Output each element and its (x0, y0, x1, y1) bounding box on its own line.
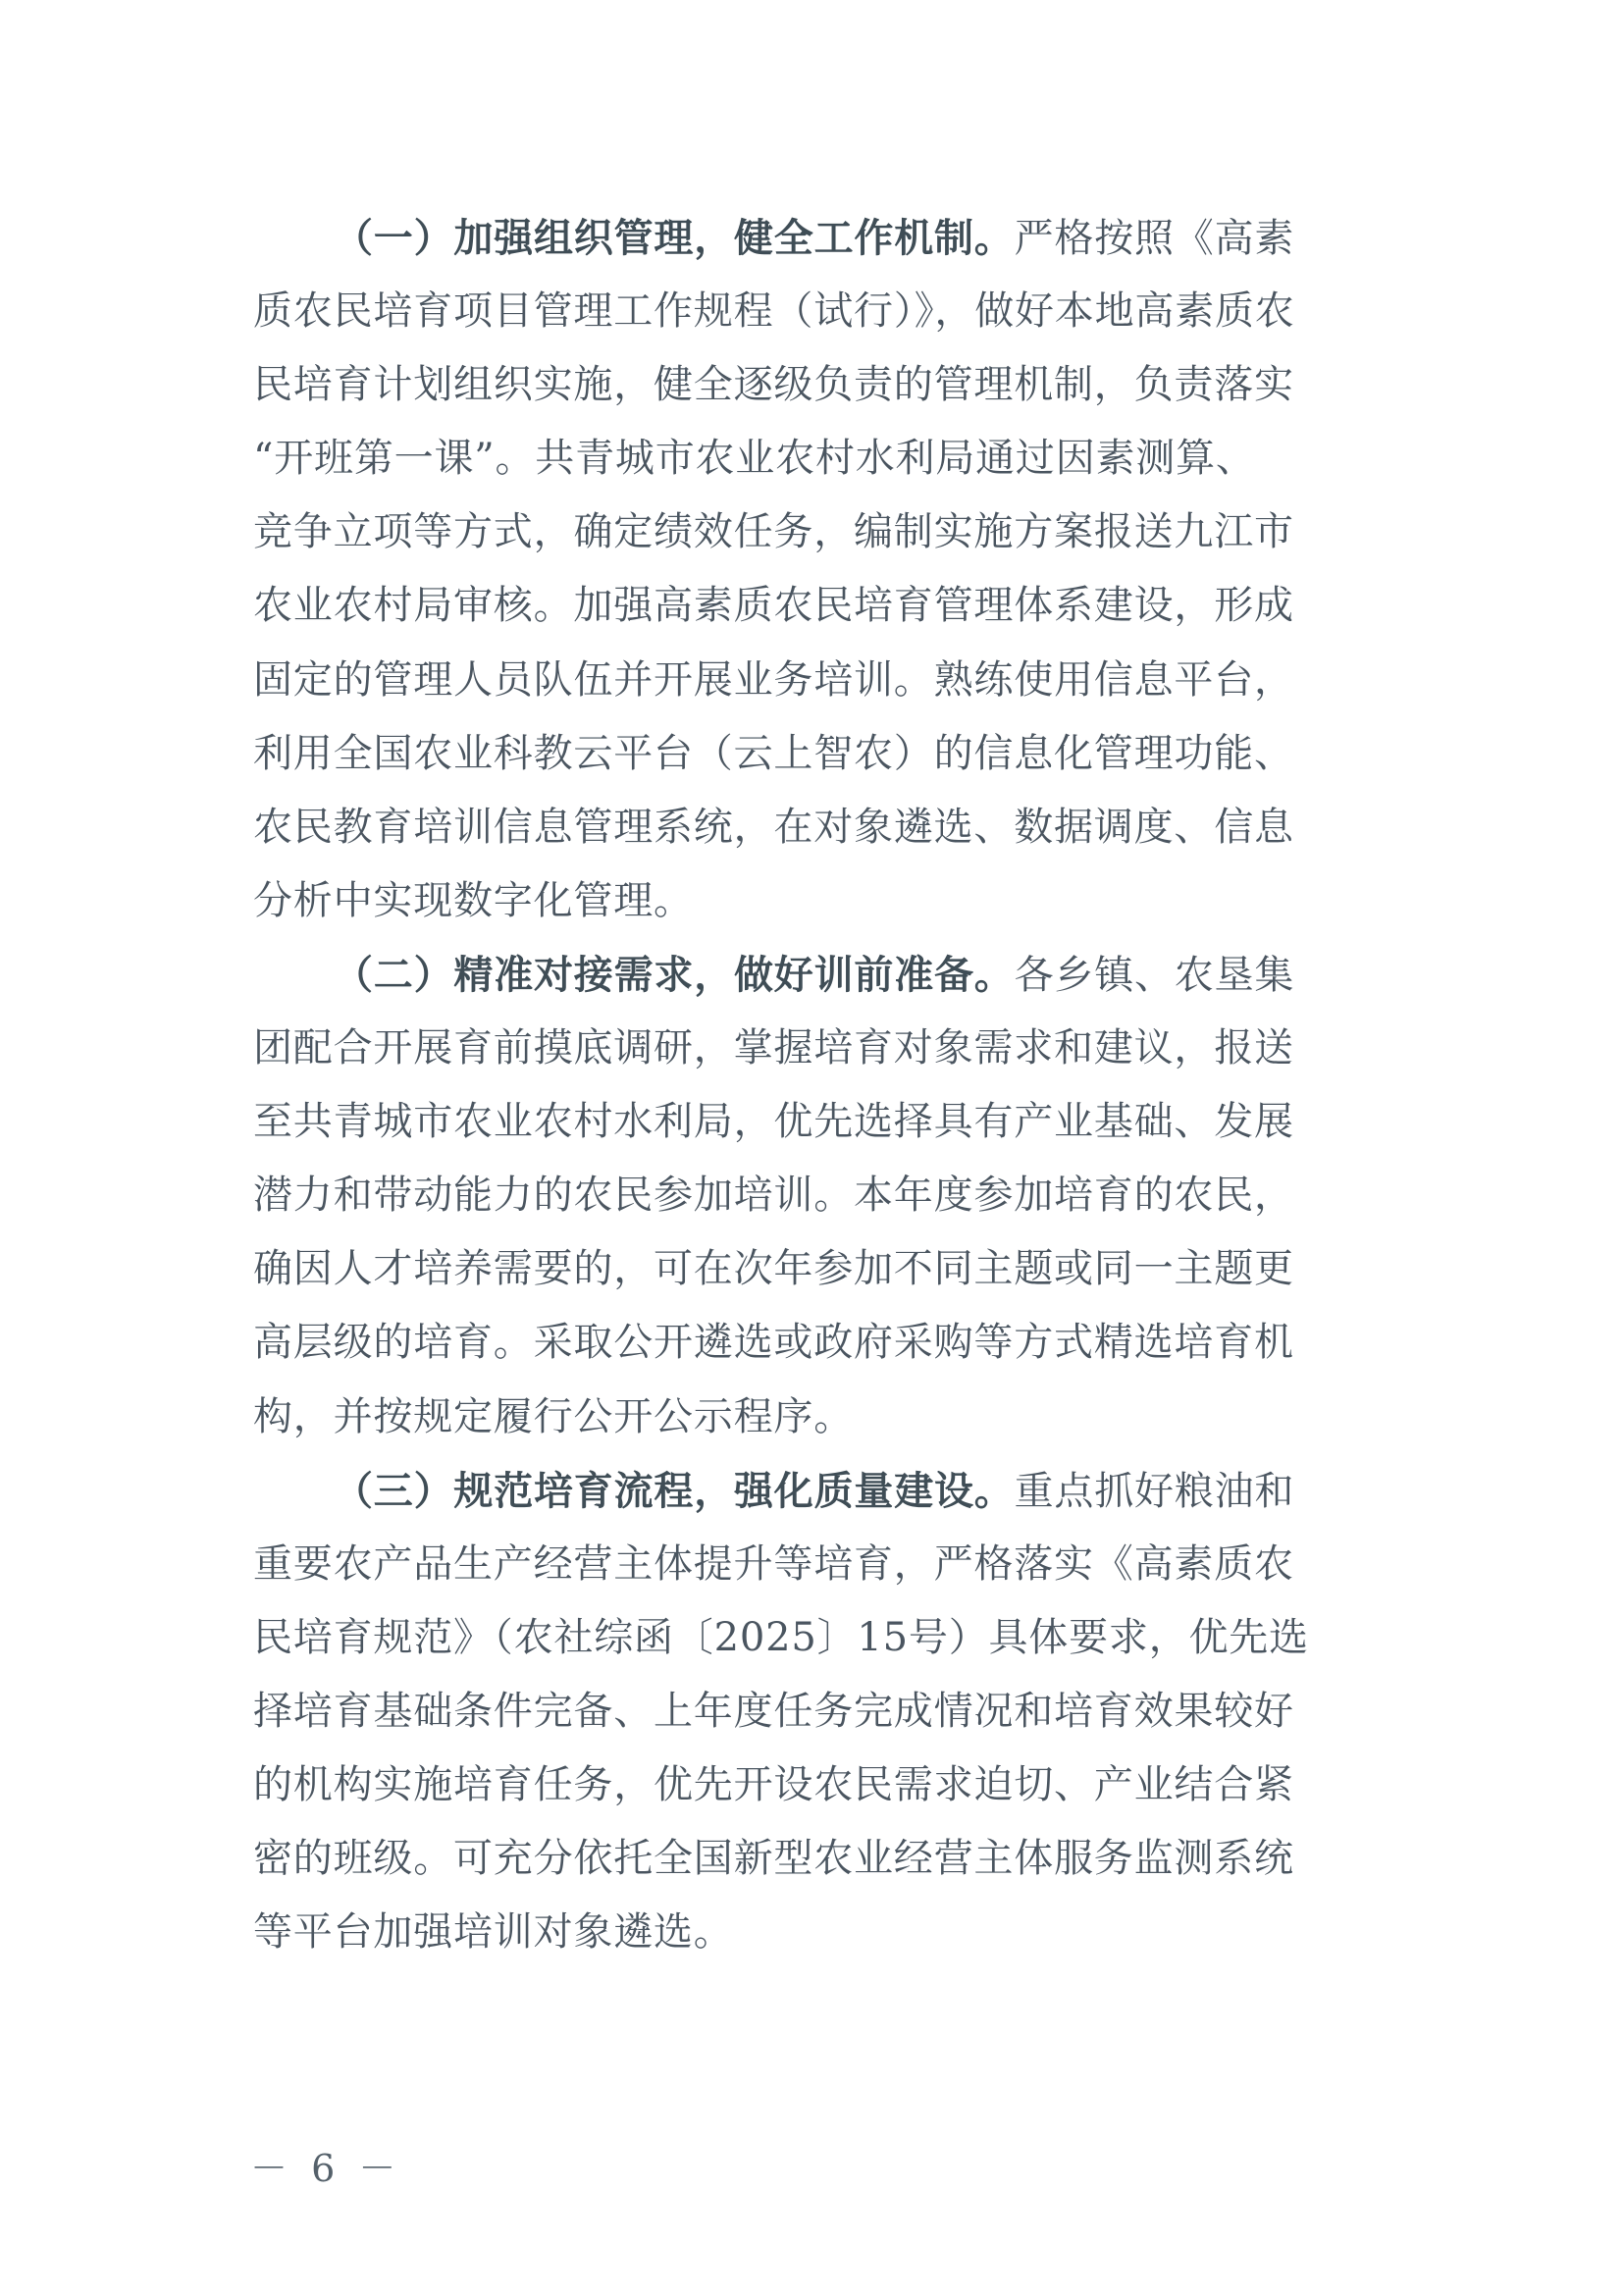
paragraph-line: 竞争立项等方式，确定绩效任务，编制实施方案报送九江市 (253, 496, 1377, 569)
paragraph-line: 质农民培育项目管理工作规程（试行）》，做好本地高素质农 (253, 275, 1377, 348)
paragraph-line: 构，并按规定履行公开公示程序。 (253, 1381, 1377, 1454)
paragraph-line: 团配合开展育前摸底调研，掌握培育对象需求和建议，报送 (253, 1012, 1377, 1085)
section-2-heading: （二）精准对接需求，做好训前准备。 (334, 952, 1015, 998)
paragraph-line: 农业农村局审核。加强高素质农民培育管理体系建设，形成 (253, 569, 1377, 643)
paragraph-line: 农民教育培训信息管理系统，在对象遴选、数据调度、信息 (253, 791, 1377, 864)
section-1-line-text: 严格按照《高素 (1015, 216, 1295, 261)
paragraph-line: 确因人才培养需要的，可在次年参加不同主题或同一主题更 (253, 1232, 1377, 1306)
paragraph-line: 固定的管理人员队伍并开展业务培训。熟练使用信息平台， (253, 644, 1377, 717)
document-page: （一）加强组织管理，健全工作机制。严格按照《高素 质农民培育项目管理工作规程（试… (0, 0, 1623, 2296)
document-body: （一）加强组织管理，健全工作机制。严格按照《高素 质农民培育项目管理工作规程（试… (253, 201, 1377, 1969)
paragraph-line: 潜力和带动能力的农民参加培训。本年度参加培育的农民， (253, 1159, 1377, 1232)
page-number: － 6 － (250, 2144, 401, 2193)
section-1-heading: （一）加强组织管理，健全工作机制。 (334, 215, 1015, 261)
section-3-line-text: 重点抓好粮油和 (1015, 1469, 1295, 1514)
paragraph-line: 分析中实现数字化管理。 (253, 864, 1377, 938)
paragraph-line: 的机构实施培育任务，优先开设农民需求迫切、产业结合紧 (253, 1748, 1377, 1822)
paragraph-line: 高层级的培育。采取公开遴选或政府采购等方式精选培育机 (253, 1306, 1377, 1380)
paragraph-line: 民培育计划组织实施，健全逐级负责的管理机制，负责落实 (253, 348, 1377, 422)
paragraph-line: 择培育基础条件完备、上年度任务完成情况和培育效果较好 (253, 1675, 1377, 1748)
paragraph-line: 至共青城市农业农村水利局，优先选择具有产业基础、发展 (253, 1085, 1377, 1159)
paragraph-line: 密的班级。可充分依托全国新型农业经营主体服务监测系统 (253, 1822, 1377, 1896)
paragraph-line: “开班第一课”。共青城市农业农村水利局通过因素测算、 (253, 422, 1377, 496)
section-3-first-line: （三）规范培育流程，强化质量建设。重点抓好粮油和 (253, 1454, 1377, 1528)
section-3-heading: （三）规范培育流程，强化质量建设。 (334, 1468, 1015, 1514)
paragraph-line: 民培育规范》（农社综函〔2025〕15号）具体要求，优先选 (253, 1601, 1377, 1675)
section-2-line-text: 各乡镇、农垦集 (1015, 953, 1295, 998)
paragraph-line: 利用全国农业科教云平台（云上智农）的信息化管理功能、 (253, 717, 1377, 791)
section-2-first-line: （二）精准对接需求，做好训前准备。各乡镇、农垦集 (253, 938, 1377, 1012)
section-1-first-line: （一）加强组织管理，健全工作机制。严格按照《高素 (253, 201, 1377, 275)
paragraph-line: 等平台加强培训对象遴选。 (253, 1896, 1377, 1969)
paragraph-line: 重要农产品生产经营主体提升等培育，严格落实《高素质农 (253, 1528, 1377, 1601)
